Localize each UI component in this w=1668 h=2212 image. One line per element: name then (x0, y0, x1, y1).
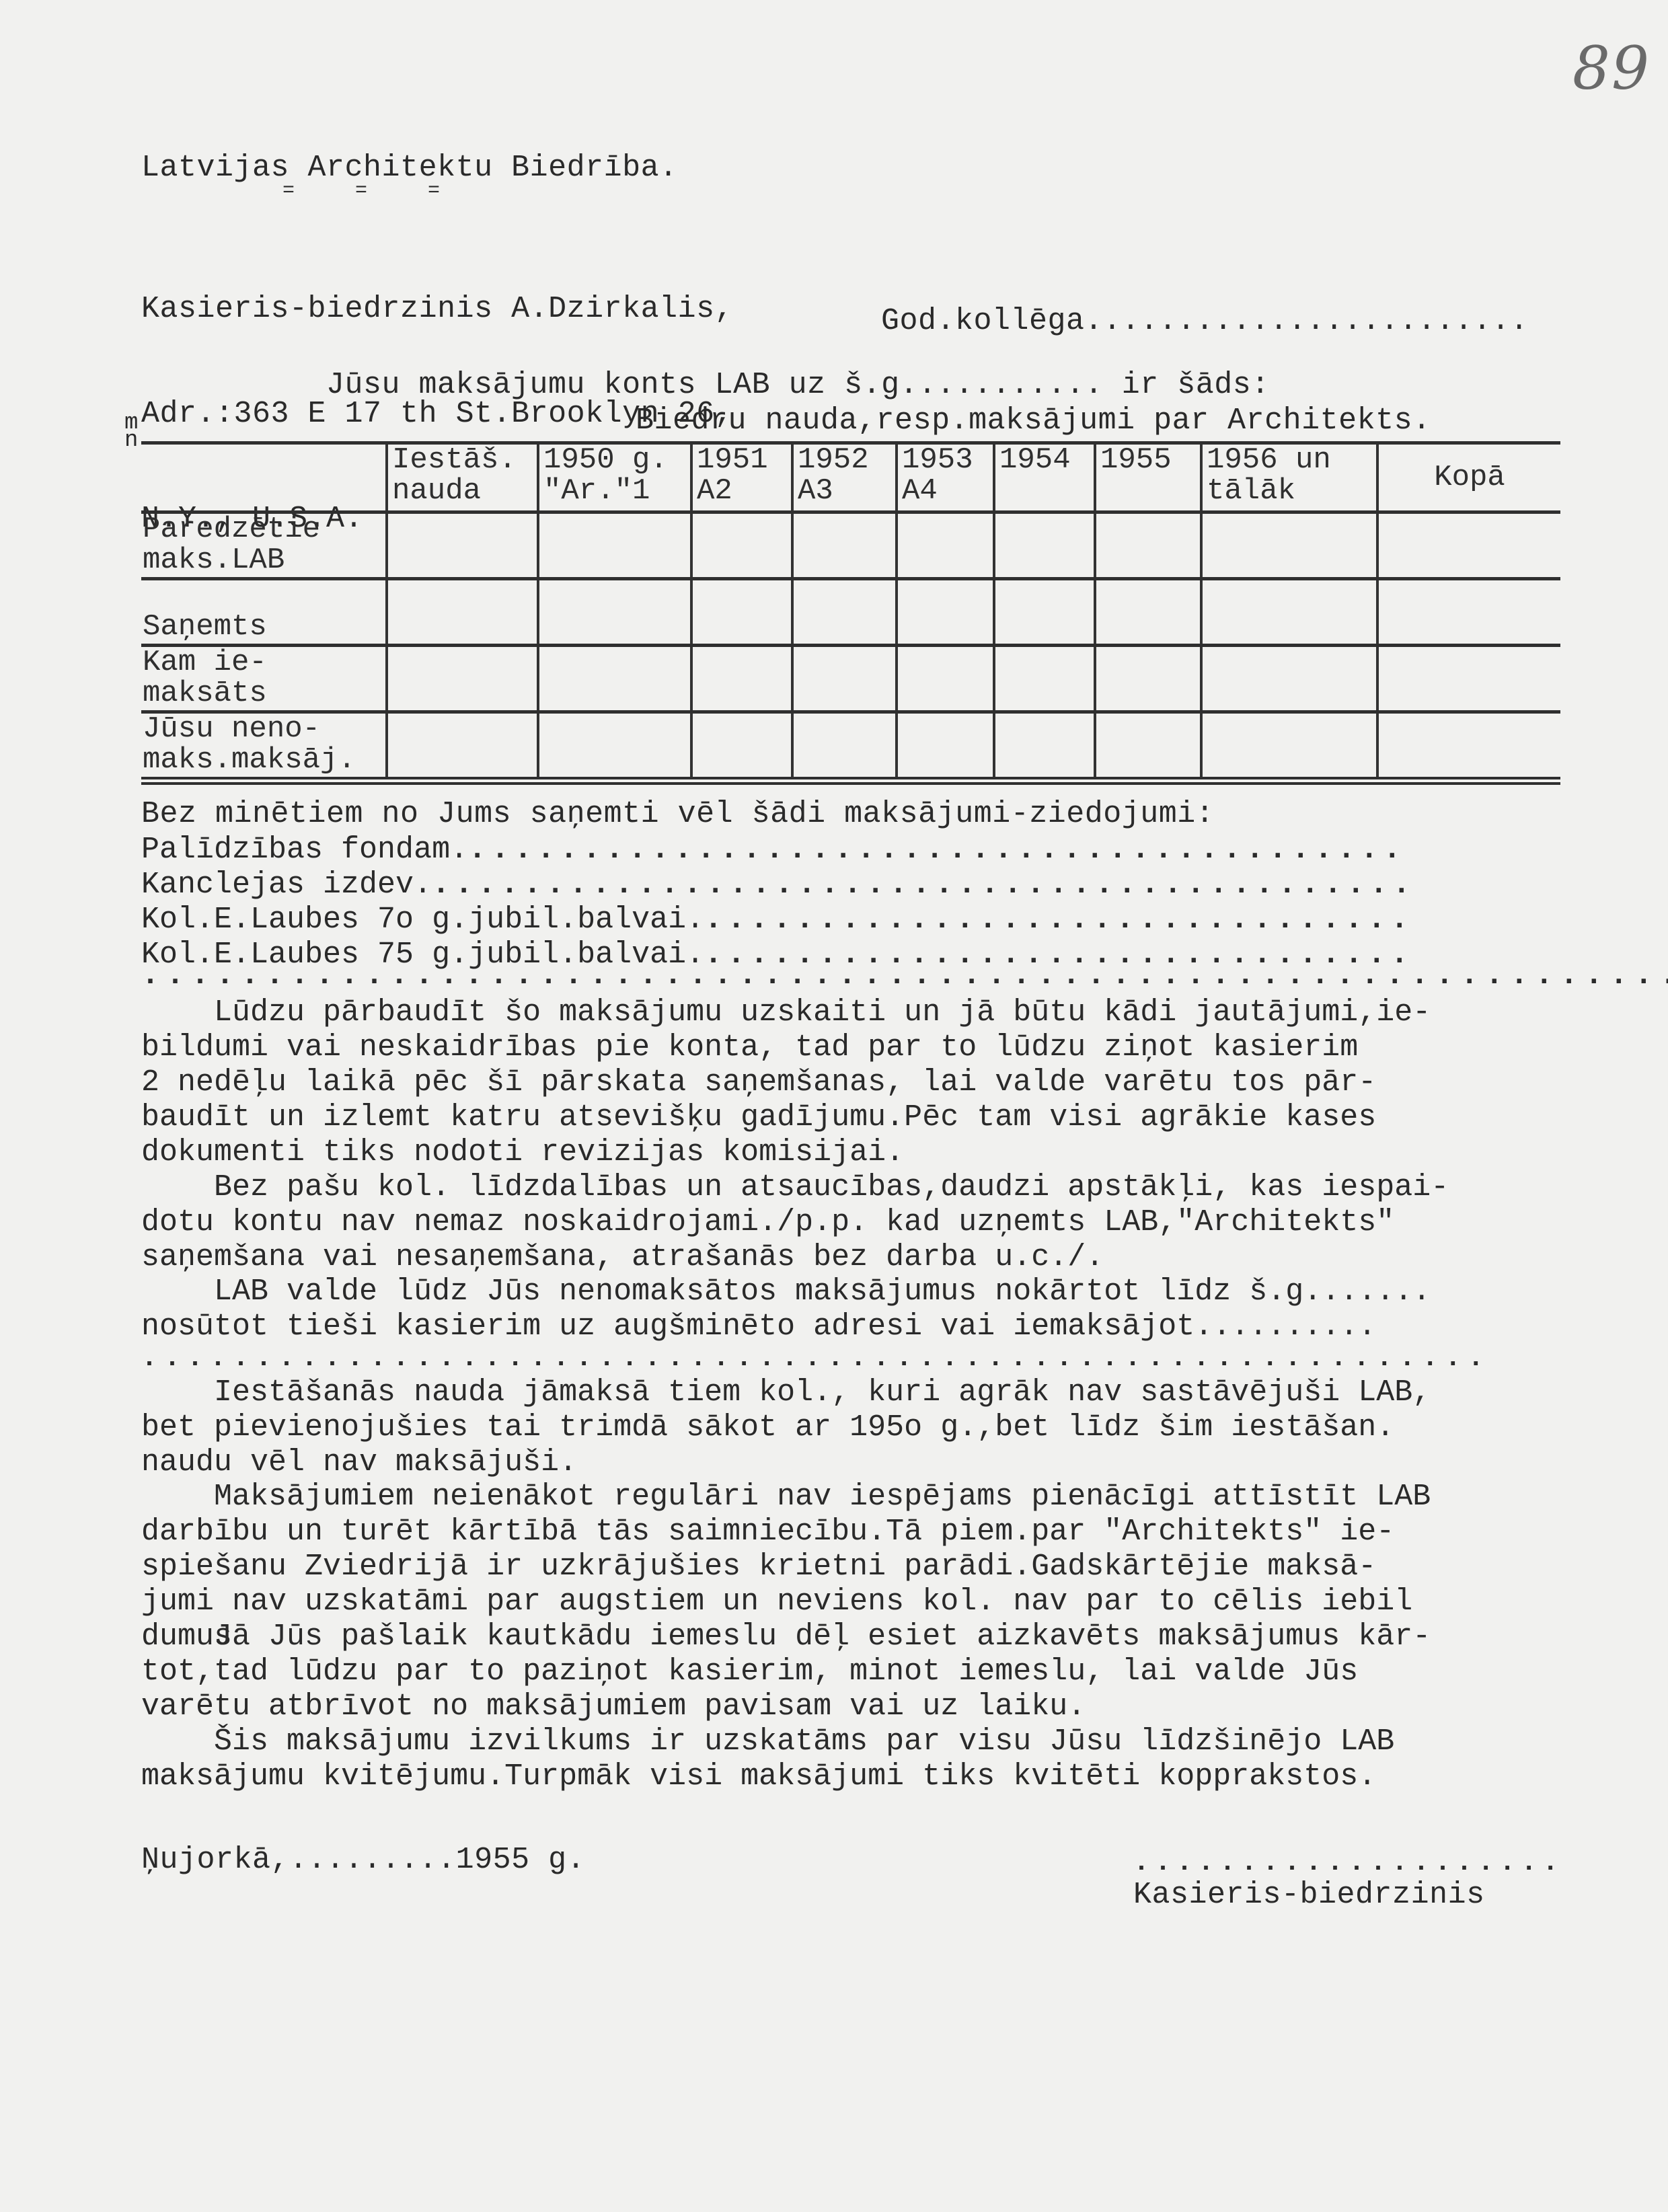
table-cell (1201, 512, 1377, 579)
handwritten-page-number: 89 (1572, 34, 1651, 103)
account-subtitle: Biedru nauda,resp.maksājumi par Architek… (636, 404, 1431, 438)
column-header (141, 443, 387, 512)
paragraph-circumstances: Bez pašu kol. līdzdalības un atsaucības,… (141, 1170, 1567, 1275)
item-label: Palīdzības fondam. (141, 833, 468, 867)
table-cell (994, 579, 1095, 646)
table-cell (1201, 646, 1377, 712)
table-cell (538, 646, 691, 712)
table-header-row: Iestāš. nauda 1950 g. "Ar."1 1951 A2 195… (141, 443, 1560, 512)
table-cell (387, 646, 538, 712)
column-header-1954: 1954 (994, 443, 1095, 512)
table-cell (538, 712, 691, 781)
item-label: Kol.E.Laubes 7o g.jubil.balvai. (141, 903, 704, 937)
table-cell (897, 512, 994, 579)
column-header-1950: 1950 g. "Ar."1 (538, 443, 691, 512)
column-header-1953: 1953 A4 (897, 443, 994, 512)
signature-title: Kasieris-biedrzinis (1133, 1878, 1485, 1913)
table-cell (691, 512, 792, 579)
list-item: Kol.E.Laubes 7o g.jubil.balvai..........… (141, 903, 1415, 938)
table-cell (792, 579, 897, 646)
table-cell (792, 512, 897, 579)
column-header-entrance-fee: Iestāš. nauda (387, 443, 538, 512)
row-label: Paredzētie maks.LAB (141, 512, 387, 579)
extra-payments-intro: Bez minētiem no Jums saņemti vēl šādi ma… (141, 797, 1214, 832)
extra-payments-list: Palīdzības fondam.......................… (141, 833, 1415, 972)
table-cell (1095, 712, 1201, 781)
paragraph-review-request: Lūdzu pārbaudīt šo maksājumu uzskaiti un… (141, 995, 1567, 1170)
table-cell (994, 712, 1095, 781)
table-row: Kam ie- maksāts (141, 646, 1560, 712)
table-cell (792, 646, 897, 712)
place-date: Ņujorkā,.........1955 g. (141, 1843, 585, 1878)
table-cell (792, 712, 897, 781)
list-item: Kanclejas izdev.........................… (141, 868, 1415, 903)
signature-line: .................... (1133, 1846, 1564, 1881)
dotted-separator: ........................................… (141, 1342, 1490, 1377)
item-label: Kanclejas izdev. (141, 868, 432, 902)
table-cell (538, 512, 691, 579)
number-mark: m n (124, 414, 139, 449)
table-row: Saņemts (141, 579, 1560, 646)
table-cell (538, 579, 691, 646)
table-cell (691, 646, 792, 712)
table-cell (691, 712, 792, 781)
payment-ledger-table: Iestāš. nauda 1950 g. "Ar."1 1951 A2 195… (141, 441, 1560, 785)
list-item: Palīdzības fondam.......................… (141, 833, 1415, 868)
table-cell (387, 579, 538, 646)
row-label: Saņemts (141, 579, 387, 646)
table-cell (1095, 579, 1201, 646)
column-header-1952: 1952 A3 (792, 443, 897, 512)
table-cell (387, 712, 538, 781)
table-cell (897, 579, 994, 646)
greeting-line: God.kollēga........................ (881, 304, 1529, 339)
table-cell (1095, 646, 1201, 712)
table-cell (1201, 712, 1377, 781)
table-cell (994, 512, 1095, 579)
table-row: Paredzētie maks.LAB (141, 512, 1560, 579)
separator-marks: = = = (282, 174, 440, 208)
table-row: Jūsu neno- maks.maksāj. (141, 712, 1560, 781)
row-label: Jūsu neno- maks.maksāj. (141, 712, 387, 781)
column-header-1951: 1951 A2 (691, 443, 792, 512)
table-cell (691, 579, 792, 646)
table-cell (897, 646, 994, 712)
column-header-1956: 1956 un tālāk (1201, 443, 1377, 512)
paragraph-receipt: Šis maksājumu izvilkums ir uzskatāms par… (141, 1724, 1567, 1794)
table-cell (994, 646, 1095, 712)
column-header-1955: 1955 (1095, 443, 1201, 512)
paragraph-exemption: Jā Jūs pašlaik kautkādu iemeslu dēļ esie… (141, 1619, 1567, 1724)
paragraph-settle-payments: LAB valde lūdz Jūs nenomaksātos maksājum… (141, 1274, 1567, 1344)
table-cell (1377, 712, 1560, 781)
dotted-separator: ........................................… (141, 958, 1668, 993)
table-cell (387, 512, 538, 579)
row-label: Kam ie- maksāts (141, 646, 387, 712)
table-cell (1095, 512, 1201, 579)
paragraph-entrance-fee: Iestāšanās nauda jāmaksā tiem kol., kuri… (141, 1375, 1567, 1480)
table-cell (1201, 579, 1377, 646)
table-cell (1377, 579, 1560, 646)
table-cell (1377, 646, 1560, 712)
table-cell (1377, 512, 1560, 579)
address-line: Kasieris-biedrzinis A.Dzirkalis, (141, 292, 733, 327)
account-title: Jūsu maksājumu konts LAB uz š.g.........… (326, 368, 1270, 403)
fill-in-dots: ........................................… (468, 833, 1406, 867)
fill-in-dots: ............................... (704, 903, 1413, 937)
fill-in-dots: ........................................… (432, 868, 1415, 902)
column-header-total: Kopā (1377, 443, 1560, 512)
table-cell (897, 712, 994, 781)
